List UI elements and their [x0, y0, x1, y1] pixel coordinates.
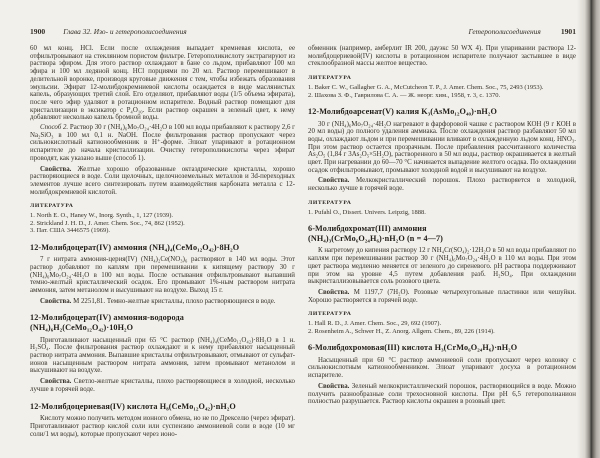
paragraph-text: М 1197,7 (7H₂O). Розовые четырехугольные… — [308, 289, 576, 304]
page-number-right: 1901 — [561, 28, 576, 36]
section-heading-molybdochromate-ammonium: 6-Молибдохромат(III) аммония(NH₄)₃(CrMo₆… — [308, 224, 576, 243]
section-body: 30 г (NH₄)₆Mo₇O₂₄·4H₂O нагревают в фарфо… — [308, 121, 576, 175]
running-header-left: 1900 Глава 32. Изо- и гетерополисоединен… — [30, 28, 295, 36]
literature-item: 2. Шахова З. Ф., Гаврилова С. А. — Ж. не… — [308, 92, 576, 99]
section-heading-molybdoceric-acid: 12-Молибдоцериевая(IV) кислота H₈(CeMo₁₂… — [30, 402, 295, 412]
literature-item: 1. Pufahl O., Dissert. Univers. Leipzig,… — [308, 209, 576, 216]
paragraph-continuation: обменник (например, амберлит IR 200, дау… — [308, 45, 576, 68]
literature-label: ЛИТЕРАТУРА — [308, 75, 576, 81]
section-body: Приготавливают насыщенный при 65 °C раст… — [30, 337, 295, 376]
literature-label: ЛИТЕРАТУРА — [308, 200, 576, 206]
literature-list: 1. Baker C. W., Gallagher G. A., McCutch… — [308, 84, 576, 99]
paragraph-lead: Свойства. — [40, 378, 71, 385]
paragraph-text: Мелкокристаллический порошок. Плохо раст… — [308, 177, 576, 192]
literature-item: 1. Baker C. W., Gallagher G. A., McCutch… — [308, 84, 576, 91]
chapter-title: Гетерополисоединения — [468, 28, 540, 36]
paragraph-properties: Свойства. Желтые хорошо образованные окт… — [30, 166, 295, 197]
running-header-right: Гетерополисоединения 1901 — [308, 28, 576, 36]
paragraph-text: Зеленый мелкокристаллический порошок, ра… — [308, 383, 576, 405]
paragraph-method2: Способ 2. Раствор 30 г (NH₄)₆Mo₇O₂₄·4H₂O… — [30, 124, 295, 163]
paragraph-properties: Свойства. М 1197,7 (7H₂O). Розовые четыр… — [308, 289, 576, 304]
literature-item: 2. Strickland J. H. D., J. Amer. Chem. S… — [30, 220, 295, 227]
paragraph-text: М 2251,81. Темно-желтые кристаллы, плохо… — [71, 298, 275, 305]
heading-line: 12-Молибдоцерат(IV) аммония-водорода — [30, 313, 295, 323]
page-number-left: 1900 — [30, 28, 45, 36]
section-heading-molybdocerate-ammonium: 12-Молибдоцерат(IV) аммония (NH₄)₄(CeMo₁… — [30, 243, 295, 253]
chapter-title: Глава 32. Изо- и гетерополисоединения — [63, 28, 187, 36]
paragraph-properties: Свойства. М 2251,81. Темно-желтые криста… — [30, 298, 295, 306]
paragraph-lead: Свойства. — [318, 383, 349, 390]
paragraph-lead: Свойства. — [318, 289, 349, 296]
literature-label: ЛИТЕРАТУРА — [30, 203, 295, 209]
section-body: 7 г нитрата аммония-церия(IV) (NH₄)₂Ce(N… — [30, 256, 295, 295]
paragraph-properties: Свойства. Светло-желтые кристаллы, плохо… — [30, 378, 295, 393]
section-body: К нагретому до кипения раствору 12 г NH₄… — [308, 247, 576, 286]
section-heading-molybdoarsenate-potassium: 12-Молибдоарсенат(V) калия K₃(AsMo₁₂O₄₀)… — [308, 107, 576, 117]
literature-list: 1. Pufahl O., Dissert. Univers. Leipzig,… — [308, 209, 576, 216]
section-body: Кислоту можно получить методом ионного о… — [30, 415, 295, 438]
right-page: Гетерополисоединения 1901 обменник (напр… — [308, 28, 576, 408]
literature-item: 1. Hall R. D., J. Amer. Chem. Soc., 29, … — [308, 320, 576, 327]
heading-formula: (NH₄)₆H₂(CeMo₁₂O₄₂)·10H₂O — [30, 323, 295, 333]
heading-formula: (NH₄)₃(CrMo₆O₂₄H₆)·nH₂O (n = 4—7) — [308, 234, 576, 244]
left-page: 1900 Глава 32. Изо- и гетерополисоединен… — [30, 28, 295, 440]
paragraph-continuation: 60 мл конц. HCl. Если после охлаждения в… — [30, 45, 295, 122]
literature-item: 3. Пат. США 3446575 (1969). — [30, 227, 295, 234]
paragraph-lead: Способ 2. — [40, 124, 68, 131]
literature-item: 2. Rosenheim A., Schwer H., Z. Anorg. Al… — [308, 328, 576, 335]
paragraph-properties: Свойства. Зеленый мелкокристаллический п… — [308, 383, 576, 406]
literature-list: 1. Hall R. D., J. Amer. Chem. Soc., 29, … — [308, 320, 576, 335]
literature-item: 1. North E. O., Haney W., Inorg. Synth.,… — [30, 212, 295, 219]
section-heading-molybdochromic-acid: 6-Молибдохромовая(III) кислота H₃(CrMo₆O… — [308, 343, 576, 353]
page-edge-shadow — [577, 0, 600, 458]
section-heading-molybdocerate-ammonium-hydrogen: 12-Молибдоцерат(IV) аммония-водорода(NH₄… — [30, 313, 295, 332]
paragraph-text: Раствор 30 г (NH₄)₆Mo₇O₂₄·4H₂O в 100 мл … — [30, 124, 295, 162]
paragraph-properties: Свойства. Мелкокристаллический порошок. … — [308, 177, 576, 192]
paragraph-lead: Свойства. — [40, 298, 71, 305]
section-body: Насыщенный при 60 °C раствор аммониевой … — [308, 357, 576, 380]
literature-label: ЛИТЕРАТУРА — [308, 311, 576, 317]
literature-list: 1. North E. O., Haney W., Inorg. Synth.,… — [30, 212, 295, 234]
book-spread: 1900 Глава 32. Изо- и гетерополисоединен… — [0, 0, 600, 458]
paragraph-lead: Свойства. — [318, 177, 349, 184]
paragraph-lead: Свойства. — [40, 166, 71, 173]
heading-line: 6-Молибдохромат(III) аммония — [308, 224, 576, 234]
